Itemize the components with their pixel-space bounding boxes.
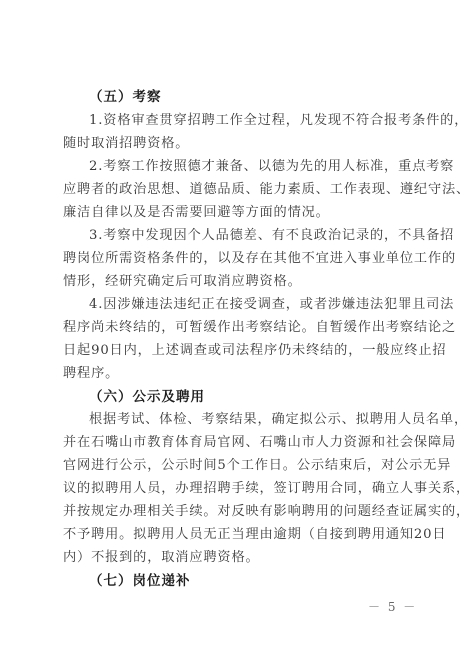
paragraph-line: 并在石嘴山市教育体育局官网、石嘴山市人力资源和社会保障局 [63, 434, 413, 452]
paragraph-line: 议的拟聘用人员，办理招聘手续，签订聘用合同，确立人事关系， [63, 480, 413, 498]
section-heading-inspection: （五）考察 [89, 88, 162, 106]
paragraph-line: 根据考试、体检、考察结果，确定拟公示、拟聘用人员名单， [89, 411, 413, 429]
document-page: （五）考察 1.资格审查贯穿招聘工作全过程，凡发现不符合报考条件的， 随时取消招… [0, 0, 471, 666]
paragraph-line: 2.考察工作按照德才兼备、以德为先的用人标准，重点考察 [89, 158, 413, 176]
page-number: － 5 － [368, 598, 417, 615]
paragraph-line: 聘岗位所需资格条件的，以及存在其他不宜进入事业单位工作的 [63, 250, 413, 268]
paragraph-line: 廉洁自律以及是否需要回避等方面的情况。 [63, 204, 413, 222]
paragraph-line: 4.因涉嫌违法违纪正在接受调查，或者涉嫌违法犯罪且司法 [89, 296, 413, 314]
paragraph-line: 程序尚未终结的，可暂缓作出考察结论。自暂缓作出考察结论之 [63, 319, 413, 337]
section-heading-publicity-hiring: （六）公示及聘用 [89, 388, 205, 406]
paragraph-line: 情形，经研究确定后可取消应聘资格。 [63, 273, 413, 291]
paragraph-line: 内）不报到的，取消应聘资格。 [63, 549, 413, 567]
paragraph-line: 官网进行公示，公示时间5个工作日。公示结束后，对公示无异 [63, 457, 413, 475]
paragraph-line: 不予聘用。拟聘用人员无正当理由逾期（自接到聘用通知20日 [63, 526, 413, 544]
paragraph-line: 随时取消招聘资格。 [63, 135, 413, 153]
section-heading-vacancy-filling: （七）岗位递补 [89, 572, 191, 590]
paragraph-line: 应聘者的政治思想、道德品质、能力素质、工作表现、遵纪守法、 [63, 181, 413, 199]
paragraph-line: 聘程序。 [63, 365, 413, 383]
paragraph-line: 1.资格审查贯穿招聘工作全过程，凡发现不符合报考条件的， [89, 112, 413, 130]
paragraph-line: 日起90日内，上述调查或司法程序仍未终结的，一般应终止招 [63, 342, 413, 360]
paragraph-line: 并按规定办理相关手续。对反映有影响聘用的问题经查证属实的， [63, 503, 413, 521]
paragraph-line: 3.考察中发现因个人品德差、有不良政治记录的，不具备招 [89, 227, 413, 245]
